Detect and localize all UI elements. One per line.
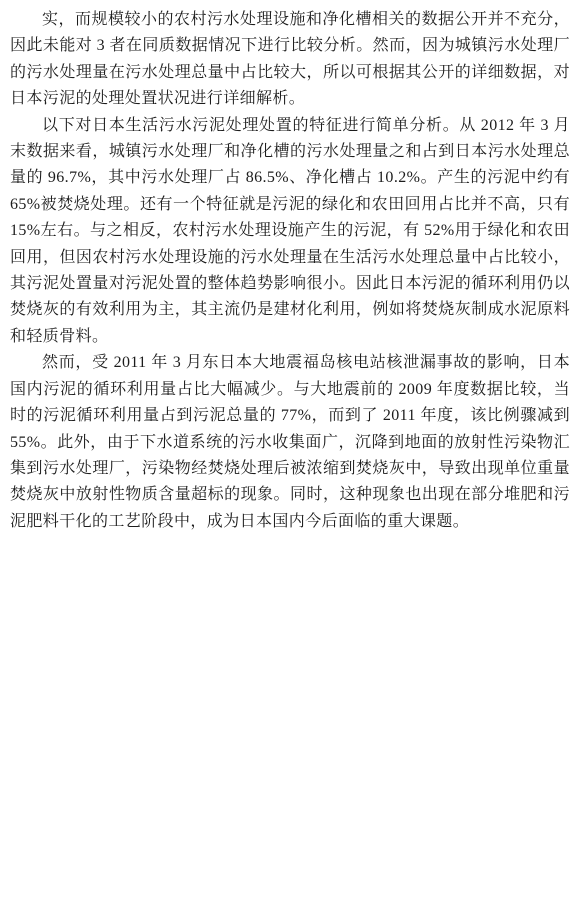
paragraph-3: 然而，受 2011 年 3 月东日本大地震福岛核电站核泄漏事故的影响，日本国内污… <box>10 350 570 535</box>
paragraph-2: 以下对日本生活污水污泥处理处置的特征进行简单分析。从 2012 年 3 月末数据… <box>10 113 570 351</box>
document-page: 实，而规模较小的农村污水处理设施和净化槽相关的数据公开并不充分，因此未能对 3 … <box>0 0 582 906</box>
paragraph-1: 实，而规模较小的农村污水处理设施和净化槽相关的数据公开并不充分，因此未能对 3 … <box>10 7 570 113</box>
